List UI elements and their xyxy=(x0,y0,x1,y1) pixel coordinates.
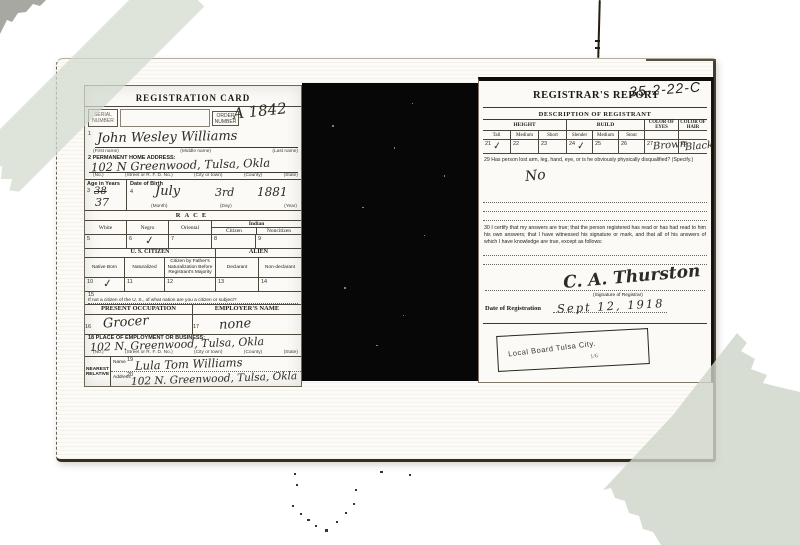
dust-speck xyxy=(376,345,378,346)
ink-speck xyxy=(380,471,383,473)
occupation-values-row: 16 Grocer 17 none xyxy=(85,315,301,335)
photo-paper: REGISTRATION CARD SERIAL NUMBER ORDER NU… xyxy=(56,58,716,462)
citizen-cell-14: 14 xyxy=(259,278,301,291)
scanned-draft-card-photo: REGISTRATION CARD SERIAL NUMBER ORDER NU… xyxy=(0,0,800,545)
nearest-relative-label: NEAREST RELATIVE xyxy=(85,357,111,386)
color-of-hair-header: COLOR OF HAIR xyxy=(679,120,707,130)
desc-cell-23: 23 xyxy=(539,140,567,153)
eyes-spacer xyxy=(645,131,679,139)
checkmark: ✓ xyxy=(492,140,502,152)
ink-speck xyxy=(355,489,357,491)
ink-speck xyxy=(409,474,411,476)
dob-year: 1881 xyxy=(257,185,288,199)
local-board-stamp-subtext: 1/6 xyxy=(590,354,598,361)
race-col-white: White xyxy=(85,221,127,234)
name-underline xyxy=(95,147,298,148)
employers-name-header: EMPLOYER'S NAME xyxy=(193,305,301,314)
sublabel-no: (No.) xyxy=(93,173,104,178)
sublabel-street: (Street or R. F. D. No.) xyxy=(125,173,173,178)
serial-order-row: SERIAL NUMBER ORDER NUMBER A 1842 xyxy=(85,106,301,130)
local-board-stamp-box: Local Board Tulsa City. 1/6 xyxy=(496,328,650,372)
question-29-answer: No xyxy=(524,167,546,185)
checkmark: ✓ xyxy=(145,233,156,247)
race-cell-5: 5 xyxy=(85,235,127,248)
home-address-row: 2 PERMANENT HOME ADDRESS: 102 N Greenwoo… xyxy=(85,155,301,179)
signature-line xyxy=(485,290,705,291)
citizen-naturalized: Naturalized xyxy=(125,258,165,277)
checkmark: ✓ xyxy=(576,140,586,152)
description-table: HEIGHT BUILD COLOR OF EYES COLOR OF HAIR… xyxy=(483,120,707,154)
build-medium: Medium xyxy=(593,131,619,139)
occupation-header-row: PRESENT OCCUPATION EMPLOYER'S NAME xyxy=(85,305,301,315)
paper-edge-shadow xyxy=(646,59,716,61)
race-col-oriental: Oriental xyxy=(169,221,212,234)
build-slender: Slender xyxy=(567,131,593,139)
serial-number-box xyxy=(120,109,210,127)
employer-value: none xyxy=(219,316,252,333)
dust-speck xyxy=(412,103,413,104)
line-number: 1 xyxy=(88,131,91,137)
citizen-cell-12: 12 xyxy=(165,278,216,291)
race-indian-noncitizen: Noncitizen xyxy=(257,228,301,234)
sublabel-last-name: (Last name) xyxy=(272,149,298,154)
scratch-mark xyxy=(597,0,601,58)
citizen-cell-13: 13 xyxy=(216,278,259,291)
scratch-tick xyxy=(595,40,600,42)
eyes-value-cell: 27 Brown xyxy=(645,140,679,153)
registrant-name: John Wesley Williams xyxy=(97,129,238,146)
desc-cell-25: 25 xyxy=(593,140,619,153)
dob-cell: Date of Birth 4 July 3rd 1881 (Month) (D… xyxy=(127,180,301,210)
hair-value-cell: 28 Black xyxy=(679,140,707,153)
registrars-report-title-row: REGISTRAR'S REPORT 35-2-22-C xyxy=(483,81,707,107)
desc-cell-22: 22 xyxy=(511,140,539,153)
ink-speck xyxy=(336,521,338,523)
registrars-report-card: REGISTRAR'S REPORT 35-2-22-C DESCRIPTION… xyxy=(478,77,714,383)
employer-cell: 17 none xyxy=(193,315,301,334)
dob-line-number: 4 xyxy=(130,189,133,195)
sublabel-year: (Year) xyxy=(284,204,297,209)
ink-speck xyxy=(300,513,302,515)
dust-speck xyxy=(444,175,445,177)
ink-speck xyxy=(292,505,294,507)
dust-speck xyxy=(362,207,364,208)
tape-fragment-corner xyxy=(0,0,46,40)
age-value: 37 xyxy=(95,196,109,209)
build-group-header: BUILD xyxy=(567,120,645,130)
report-code-stamp: 35-2-22-C xyxy=(628,79,701,100)
age-line-number: 3 xyxy=(87,188,90,194)
citizenship-values-row: 10 ✓ 11 12 13 14 xyxy=(85,278,301,292)
nearest-relative-section: NEAREST RELATIVE Name 19 Lula Tom Willia… xyxy=(85,357,301,386)
date-of-registration-label: Date of Registration xyxy=(485,305,541,312)
dust-speck xyxy=(344,287,346,289)
race-values-row: 5 6 ✓ 7 8 9 xyxy=(85,235,301,249)
question-15-row: 15 If not a citizen of the U. S., of wha… xyxy=(85,292,301,305)
ink-speck xyxy=(325,529,328,532)
occupation-cell: 16 Grocer xyxy=(85,315,193,334)
dust-speck xyxy=(403,315,404,316)
ink-speck xyxy=(307,519,310,521)
citizen-cell-11: 11 xyxy=(125,278,165,291)
name-sublabels: (First name) (Middle name) (Last name) xyxy=(93,149,298,154)
sublabel-city: (City or town) xyxy=(194,173,223,178)
ink-speck xyxy=(294,473,296,475)
relative-address-value: 102 N. Greenwood, Tulsa, Okla xyxy=(131,370,298,388)
date-of-registration-row: Date of Registration Sept 12, 1918 xyxy=(483,299,707,316)
question-29-text: 29 Has person lost arm, leg, hand, eye, … xyxy=(483,154,707,164)
relative-name-row: Name 19 Lula Tom Williams xyxy=(111,357,301,372)
sublabel-first-name: (First name) xyxy=(93,149,119,154)
race-section-header: RACE xyxy=(85,211,301,221)
race-indian-citizen: Citizen xyxy=(212,228,257,234)
registrar-signature: C. A. Thurston xyxy=(562,261,701,293)
dotted-line xyxy=(483,203,707,212)
race-cell-8: 8 xyxy=(212,235,256,248)
race-col-negro: Negro xyxy=(127,221,169,234)
race-col-indian: Indian Citizen Noncitizen xyxy=(212,221,301,234)
height-tall: Tall xyxy=(483,131,511,139)
alien-header: ALIEN xyxy=(216,249,301,257)
dob-sublabels: (Month) (Day) (Year) xyxy=(151,204,297,209)
sublabel-middle-name: (Middle name) xyxy=(180,149,211,154)
place-sublabels: (No.) (Street or R. F. D. No.) (City or … xyxy=(93,350,298,355)
sublabel-day: (Day) xyxy=(220,204,232,209)
race-columns-header: White Negro Oriental Indian Citizen Nonc… xyxy=(85,221,301,235)
occupation-value: Grocer xyxy=(103,313,150,331)
desc-cell-21: 21 ✓ xyxy=(483,140,511,153)
desc-cell-24: 24 ✓ xyxy=(567,140,593,153)
ink-speck xyxy=(353,503,355,505)
place-of-employment-row: 18 PLACE OF EMPLOYMENT OR BUSINESS: 102 … xyxy=(85,335,301,357)
relative-address-row: Address 20 102 N. Greenwood, Tulsa, Okla xyxy=(111,372,301,386)
question-15-text: If not a citizen of the U. S., of what n… xyxy=(88,298,298,304)
book-gutter xyxy=(302,83,478,381)
name-row: 1 John Wesley Williams (First name) (Mid… xyxy=(85,130,301,155)
dob-day: 3rd xyxy=(215,186,234,199)
sublabel-county: (County) xyxy=(244,173,262,178)
present-occupation-header: PRESENT OCCUPATION xyxy=(85,305,193,314)
local-board-stamp-text: Local Board Tulsa City. xyxy=(508,339,597,359)
color-of-eyes-header: COLOR OF EYES xyxy=(645,120,679,130)
build-stout: Stout xyxy=(619,131,645,139)
checkmark: ✓ xyxy=(102,276,113,290)
citizenship-header-row: U. S. CITIZEN ALIEN xyxy=(85,249,301,258)
ink-speck xyxy=(315,525,317,527)
citizen-native-born: Native Born xyxy=(85,258,125,277)
dotted-line xyxy=(483,212,707,221)
relative-name-value: Lula Tom Williams xyxy=(135,355,243,373)
description-of-registrant-header: DESCRIPTION OF REGISTRANT xyxy=(483,107,707,120)
registration-card: REGISTRATION CARD SERIAL NUMBER ORDER NU… xyxy=(84,85,302,387)
local-board-stamp-area: Local Board Tulsa City. 1/6 xyxy=(483,324,707,382)
age-dob-row: Age in Years 3 38 37 Date of Birth 4 Jul… xyxy=(85,179,301,211)
date-dotted-line xyxy=(553,312,667,313)
height-medium: Medium xyxy=(511,131,539,139)
sublabel-state: (State) xyxy=(284,173,298,178)
race-cell-6: 6 ✓ xyxy=(127,235,169,248)
dust-speck xyxy=(332,125,334,127)
race-cell-9: 9 xyxy=(256,235,301,248)
certification-text: 30 I certify that my answers are true; t… xyxy=(483,221,707,247)
ink-speck xyxy=(345,512,347,514)
dust-speck xyxy=(424,235,425,236)
height-group-header: HEIGHT xyxy=(483,120,567,130)
race-indian-label: Indian xyxy=(212,221,301,228)
citizenship-subheaders: Native Born Naturalized Citizen by Fathe… xyxy=(85,258,301,278)
alien-declarant: Declarant xyxy=(216,258,259,277)
dob-month: July xyxy=(155,184,180,199)
alien-non-declarant: Non-declarant xyxy=(259,258,301,277)
desc-cell-26: 26 xyxy=(619,140,645,153)
dotted-line xyxy=(483,247,707,256)
question-29: 29 Has person lost arm, leg, hand, eye, … xyxy=(483,154,707,194)
registrar-signature-block: C. A. Thurston (Signature of Registrar) xyxy=(483,265,707,299)
dotted-line xyxy=(483,194,707,203)
address-sublabels: (No.) (Street or R. F. D. No.) (City or … xyxy=(93,173,298,178)
scratch-tick xyxy=(595,47,600,49)
citizen-by-father: Citizen by Father's Naturalization Befor… xyxy=(165,258,216,277)
height-short: Short xyxy=(539,131,567,139)
sublabel-month: (Month) xyxy=(151,204,168,209)
ink-speck xyxy=(296,484,298,486)
age-cell: Age in Years 3 38 37 xyxy=(85,180,127,210)
us-citizen-header: U. S. CITIZEN xyxy=(85,249,216,257)
citizen-cell-10: 10 ✓ xyxy=(85,278,125,291)
race-cell-7: 7 xyxy=(169,235,212,248)
hair-color-value: Black xyxy=(685,140,714,153)
dust-speck xyxy=(394,147,395,149)
